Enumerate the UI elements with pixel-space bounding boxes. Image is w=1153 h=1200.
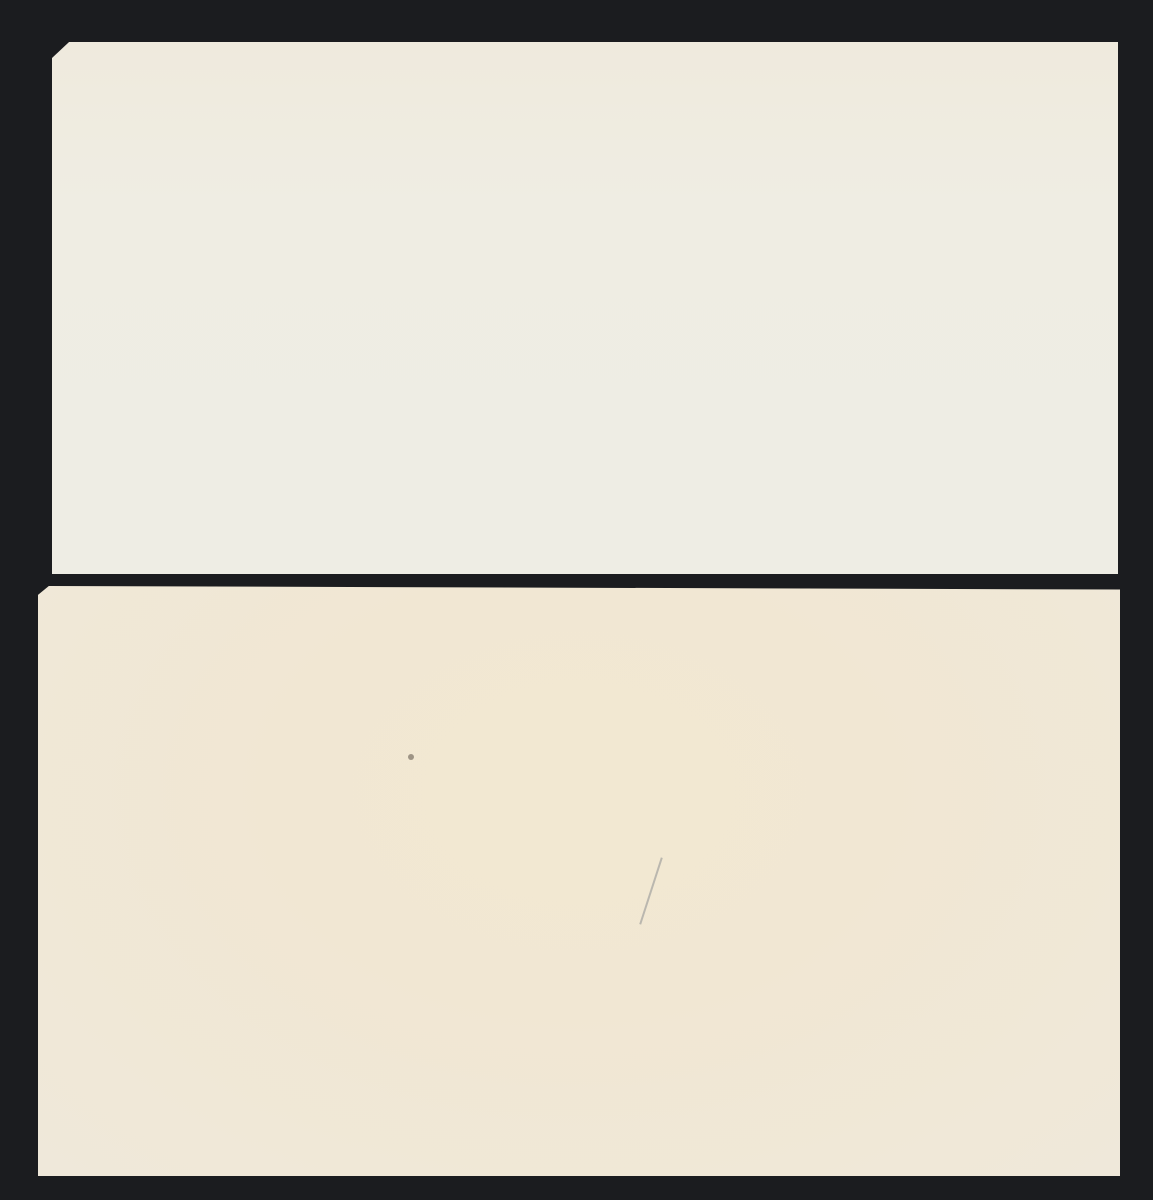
paper-sheet-bottom [38, 586, 1120, 1176]
paper-sheet-top [52, 42, 1118, 574]
pencil-mark [639, 857, 663, 924]
stain-mark [408, 754, 414, 760]
